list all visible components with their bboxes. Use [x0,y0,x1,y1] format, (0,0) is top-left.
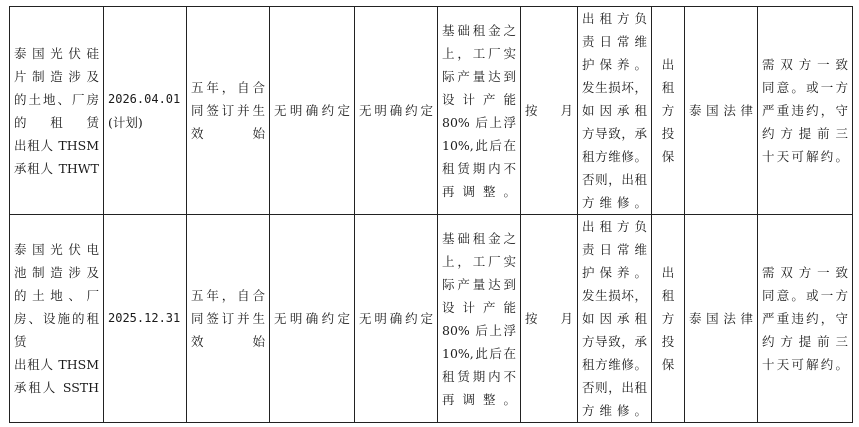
cell-line: 泰国光伏硅 [14,42,99,65]
cell-termination: 需双方一致同意。或一方严重违约，守约方提前三十天可解约。 [758,7,853,215]
cell-line: 否则，出租 [582,376,647,399]
cell-payment: 按月 [521,215,578,423]
cell-line: 基础租金之 [442,19,516,42]
cell-line: 2026.04.01 [108,88,182,111]
cell-line: 租方维修。 [582,145,647,168]
cell-line: 设 计 产 能 [442,296,516,319]
cell-line: 发生损坏， [582,284,647,307]
cell-line: 10%,此后在 [442,134,516,157]
cell-rent-adjustment: 基础租金之上，工厂实际产量达到设 计 产 能80% 后上浮10%,此后在租赁期内… [438,215,521,423]
cell-line: 租 [656,284,680,307]
table-row: 泰国光伏电池制造涉及的土地、厂房、设施的租赁出租人 THSM承租人 SSTH 2… [10,215,853,423]
cell-line: 严重违约，守 [762,307,848,330]
cell-line: 80% 后上浮 [442,111,516,134]
cell-line: 的土地、厂房 [14,88,99,111]
cell-line: 租 [656,76,680,99]
cell-line: 发生损坏， [582,76,647,99]
cell-line: 责 日 常 维 [582,238,647,261]
cell-line: 保 [656,145,680,168]
cell-line: 方维修。 [582,399,647,422]
cell-line: 五年，自合 [191,76,265,99]
cell-term: 五年，自合同签订并生效始 [187,7,270,215]
cell-col5: 无明确约定 [355,215,438,423]
cell-line: 效始 [191,122,265,145]
cell-subject: 泰国光伏电池制造涉及的土地、厂房、设施的租赁出租人 THSM承租人 SSTH [10,215,104,423]
cell-line: 方维修。 [582,191,647,214]
cell-line: 出 租 方 负 [582,7,647,30]
cell-line: 约方提前三 [762,330,848,353]
cell-line: 同意。或一方 [762,284,848,307]
cell-line: 十天可解约。 [762,145,848,168]
cell-line: 片制造涉及 [14,65,99,88]
cell-line: 上，工厂实 [442,250,516,273]
cell-line: 护保养。 [582,261,647,284]
cell-line: 保 [656,353,680,376]
cell-maintenance: 出 租 方 负责 日 常 维护保养。发生损坏，如 因 承 租方导致，承租方维修。… [578,215,652,423]
cell-line: 出 租 方 负 [582,215,647,238]
cell-line: 再调整。 [442,388,516,411]
cell-line: 租赁期内不 [442,365,516,388]
cell-line: 的租赁 [14,111,99,134]
cell-line: 赁 [14,330,99,353]
cell-line: 严重违约，守 [762,99,848,122]
cell-line: 如 因 承 租 [582,307,647,330]
cell-line: 方 [656,99,680,122]
cell-line: 出租人 THSM [14,134,99,157]
cell-line: 际产量达到 [442,273,516,296]
table-row: 泰国光伏硅片制造涉及的土地、厂房的租赁出租人 THSM承租人 THWT 2026… [10,7,853,215]
cell-line: 的土地、厂 [14,284,99,307]
cell-maintenance: 出 租 方 负责 日 常 维护保养。发生损坏，如 因 承 租方导致，承租方维修。… [578,7,652,215]
cell-line: 责 日 常 维 [582,30,647,53]
cell-line: 否则，出租 [582,168,647,191]
cell-line: 房、设施的租 [14,307,99,330]
cell-line: 池制造涉及 [14,261,99,284]
cell-subject: 泰国光伏硅片制造涉及的土地、厂房的租赁出租人 THSM承租人 THWT [10,7,104,215]
cell-insurance: 出租方投保 [652,215,685,423]
cell-line: 同签订并生 [191,99,265,122]
cell-line: 上，工厂实 [442,42,516,65]
cell-insurance: 出租方投保 [652,7,685,215]
cell-line: 方导致，承 [582,122,647,145]
cell-line: 约方提前三 [762,122,848,145]
cell-termination: 需双方一致同意。或一方严重违约，守约方提前三十天可解约。 [758,215,853,423]
cell-col4: 无明确约定 [270,215,355,423]
cell-date: 2026.04.01(计划) [104,7,187,215]
cell-line: 际产量达到 [442,65,516,88]
cell-line: 五年，自合 [191,284,265,307]
cell-col5: 无明确约定 [355,7,438,215]
cell-line: 方 [656,307,680,330]
cell-col4: 无明确约定 [270,7,355,215]
cell-line: 十天可解约。 [762,353,848,376]
cell-line: 再调整。 [442,180,516,203]
cell-line: 设 计 产 能 [442,88,516,111]
cell-line: 需双方一致 [762,261,848,284]
cell-line: 承租人 THWT [14,157,99,180]
cell-payment: 按月 [521,7,578,215]
cell-line: 租方维修。 [582,353,647,376]
cell-line: 同签订并生 [191,307,265,330]
cell-line: 出 [656,261,680,284]
cell-line: 10%,此后在 [442,342,516,365]
cell-line: 泰国光伏电 [14,238,99,261]
cell-governing-law: 泰国法律 [685,215,758,423]
cell-line: 护保养。 [582,53,647,76]
cell-term: 五年，自合同签订并生效始 [187,215,270,423]
cell-line: 基础租金之 [442,227,516,250]
lease-table: 泰国光伏硅片制造涉及的土地、厂房的租赁出租人 THSM承租人 THWT 2026… [9,6,853,423]
cell-rent-adjustment: 基础租金之上，工厂实际产量达到设 计 产 能80% 后上浮10%,此后在租赁期内… [438,7,521,215]
cell-line: 方导致，承 [582,330,647,353]
cell-governing-law: 泰国法律 [685,7,758,215]
cell-date: 2025.12.31 [104,215,187,423]
cell-line: 承租人 SSTH [14,376,99,399]
cell-line: 需双方一致 [762,53,848,76]
cell-line: 80% 后上浮 [442,319,516,342]
cell-line: 投 [656,330,680,353]
cell-line: 租赁期内不 [442,157,516,180]
cell-line: 同意。或一方 [762,76,848,99]
cell-line: (计划) [108,111,182,134]
cell-line: 出 [656,53,680,76]
cell-line: 效始 [191,330,265,353]
cell-line: 投 [656,122,680,145]
cell-line: 2025.12.31 [108,307,182,330]
cell-line: 出租人 THSM [14,353,99,376]
cell-line: 如 因 承 租 [582,99,647,122]
